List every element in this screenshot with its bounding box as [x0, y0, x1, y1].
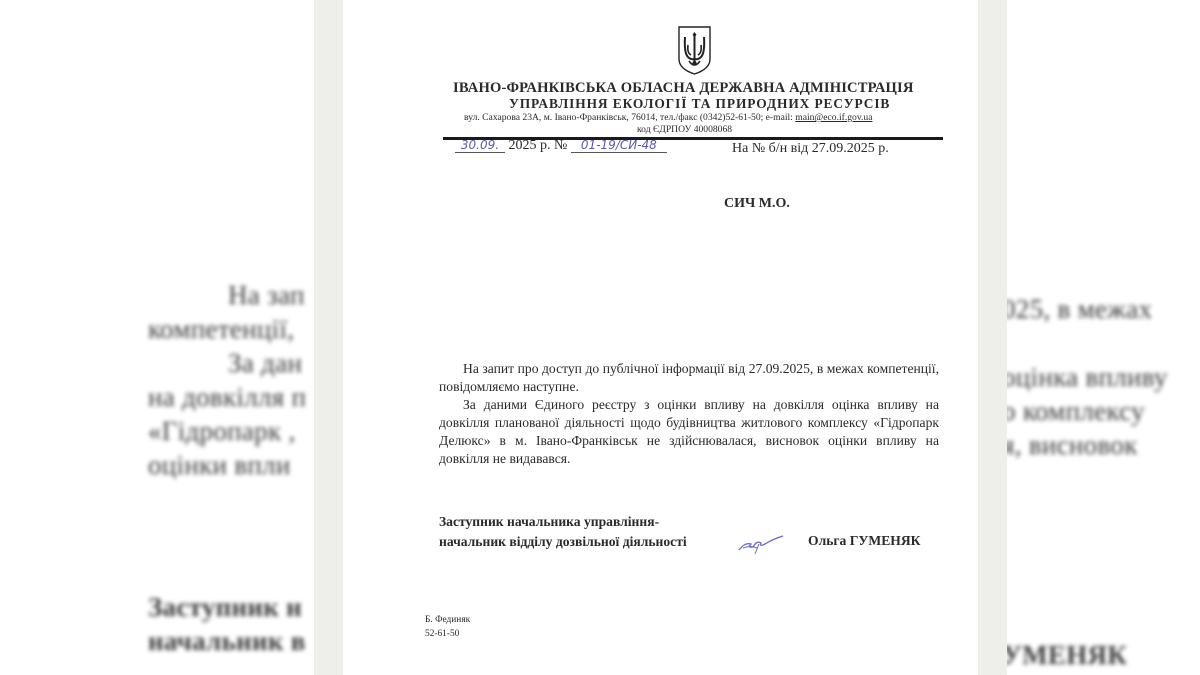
year-number-label: 2025 р. №: [509, 138, 568, 153]
executor-name: Б. Фединяк: [425, 613, 470, 627]
bg-text: Заступник н: [148, 592, 302, 623]
ukraine-trident-icon: [676, 25, 713, 76]
addressee: СИЧ М.О.: [724, 196, 790, 212]
body-paragraph: На запит про доступ до публічної інформа…: [439, 360, 939, 396]
bg-text: оцінка впливу: [1002, 362, 1168, 393]
bg-text: я, висновок: [1002, 430, 1138, 461]
address-text: вул. Сахарова 23А, м. Івано-Франківськ, …: [464, 112, 795, 123]
page-border-left: [314, 0, 343, 675]
email-link[interactable]: main@eco.if.gov.ua: [795, 112, 872, 123]
edrpou-code: код ЄДРПОУ 40008068: [637, 124, 732, 135]
bg-text: компетенції,: [148, 314, 294, 345]
outgoing-reference: 30.09. 2025 р. № 01-19/СИ-48: [455, 138, 667, 154]
handwritten-number: 01-19/СИ-48: [571, 138, 667, 153]
signatory-title-line: начальник відділу дозвільної діяльності: [439, 532, 687, 552]
page-border-right: [978, 0, 1007, 675]
letter-page: ІВАНО-ФРАНКІВСЬКА ОБЛАСНА ДЕРЖАВНА АДМІН…: [343, 0, 978, 675]
organization-name: ІВАНО-ФРАНКІВСЬКА ОБЛАСНА ДЕРЖАВНА АДМІН…: [453, 80, 914, 97]
handwritten-signature-icon: [737, 530, 785, 556]
signatory-title-line: Заступник начальника управління-: [439, 512, 687, 532]
bg-text: «Гідропарк ,: [148, 416, 296, 447]
bg-text: о комплексу: [1002, 396, 1145, 427]
bg-text: оцінки впли: [148, 450, 291, 481]
bg-text: За дан: [228, 348, 302, 379]
letter-body: На запит про доступ до публічної інформа…: [439, 360, 939, 468]
bg-text: 025, в межах: [1002, 294, 1152, 325]
bg-text: на довкілля п: [148, 382, 306, 413]
executor-info: Б. Фединяк 52-61-50: [425, 613, 470, 641]
signatory-title: Заступник начальника управління- начальн…: [439, 512, 687, 552]
signatory-name: Ольга ГУМЕНЯК: [808, 533, 921, 549]
executor-phone: 52-61-50: [425, 627, 470, 641]
handwritten-date: 30.09.: [455, 138, 505, 153]
body-paragraph: За даними Єдиного реєстру з оцінки вплив…: [439, 396, 939, 468]
incoming-reference: На № б/н від 27.09.2025 р.: [732, 141, 889, 157]
bg-text: начальник в: [148, 626, 306, 657]
bg-text: УМЕНЯК: [1002, 640, 1127, 671]
department-name: УПРАВЛІННЯ ЕКОЛОГІЇ ТА ПРИРОДНИХ РЕСУРСІ…: [509, 96, 890, 112]
organization-address: вул. Сахарова 23А, м. Івано-Франківськ, …: [464, 112, 872, 123]
bg-text: На зап: [228, 280, 305, 311]
